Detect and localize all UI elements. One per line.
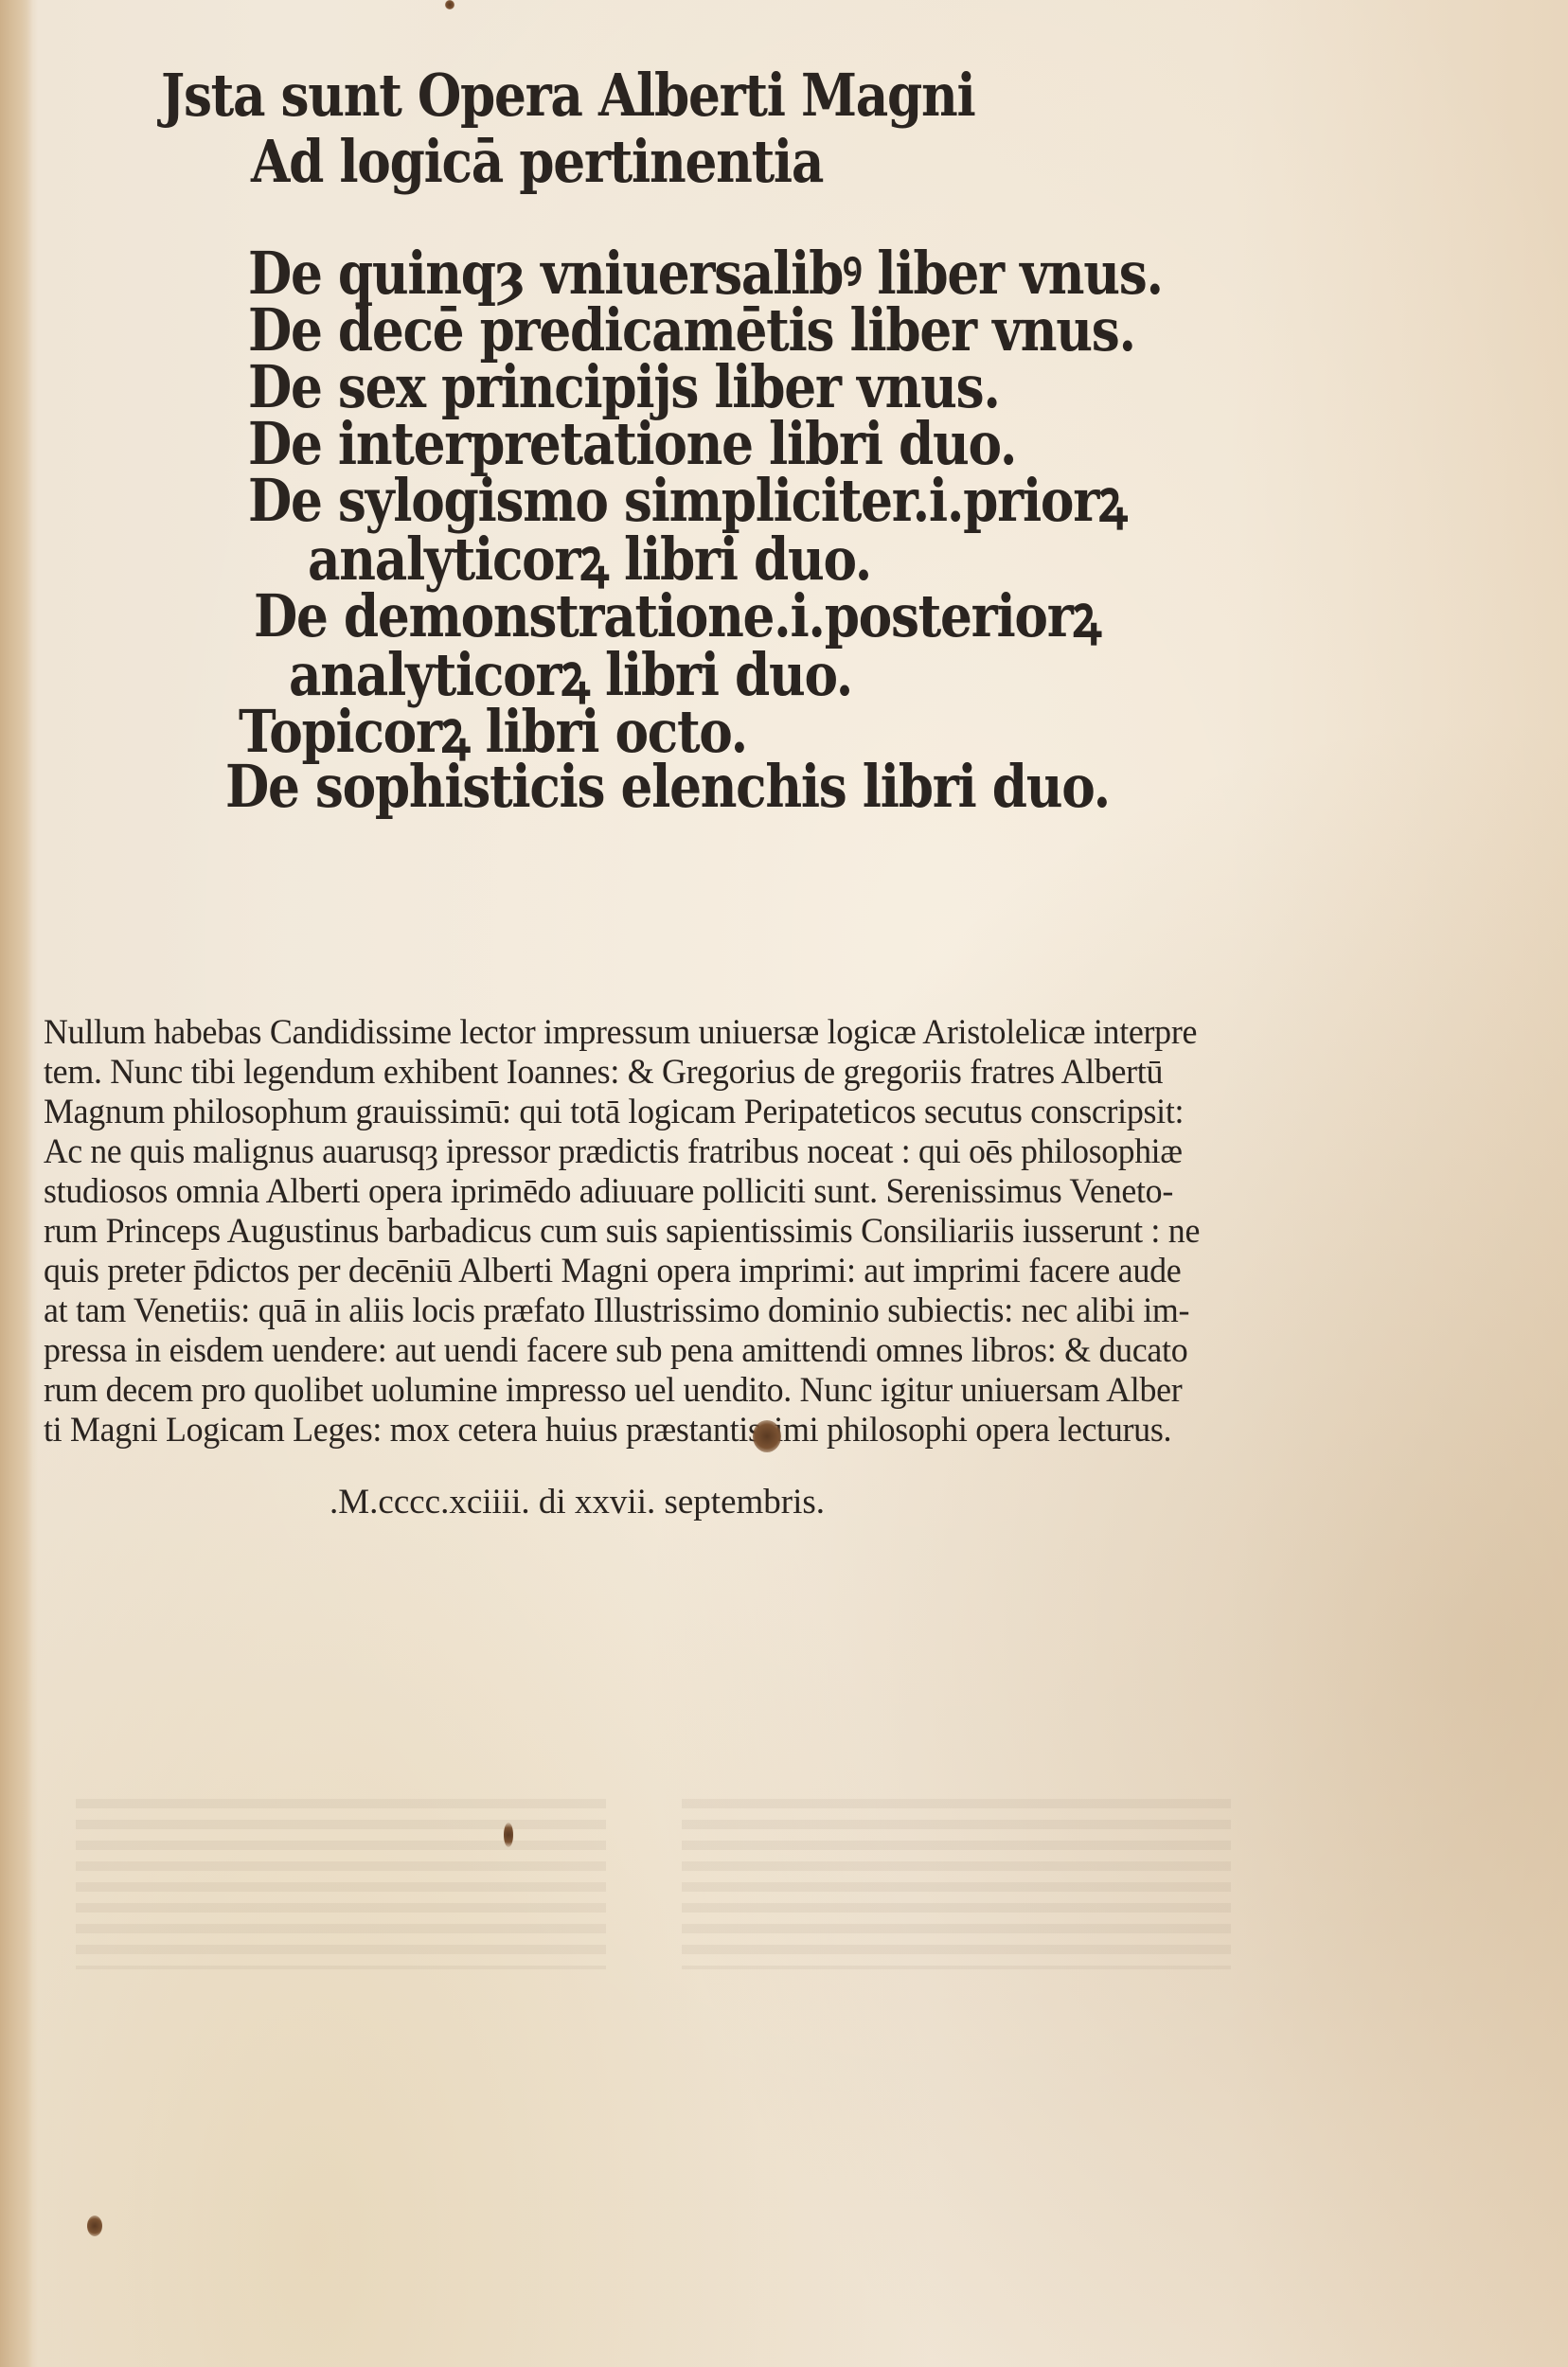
paragraph-line: Ac ne quis malignus auarusqȝ ipressor pr… — [44, 1134, 1183, 1169]
paragraph-line: pressa in eisdem uendere: aut uendi face… — [44, 1333, 1187, 1368]
contents-item: De quinqȝ vniuersalibꝰ liber vnus. — [248, 244, 1163, 303]
paragraph-line: Nullum habebas Candidissime lector impre… — [44, 1015, 1197, 1050]
contents-item: De interpretatione libri duo. — [248, 415, 1016, 473]
contents-item: De sylogismo simpliciter.i.priorꝝ — [248, 472, 1127, 530]
paragraph-line: ti Magni Logicam Leges: mox cetera huius… — [44, 1413, 1171, 1448]
contents-item: De sophisticis elenchis libri duo. — [225, 757, 1110, 816]
paragraph-line: rum decem pro quolibet uolumine impresso… — [44, 1373, 1182, 1408]
ink-stain — [753, 1420, 781, 1452]
paragraph-line: tem. Nunc tibi legendum exhibent Ioannes… — [44, 1055, 1163, 1090]
contents-item: De decē predicamētis liber vnus. — [248, 301, 1135, 360]
title-line-2: Ad logicā pertinentia — [251, 133, 823, 191]
contents-item: analyticorꝝ libri duo. — [308, 530, 871, 589]
paragraph-line: Magnum philosophum grauissimū: qui totā … — [44, 1095, 1184, 1130]
contents-item: De demonstratione.i.posteriorꝝ — [254, 587, 1100, 646]
contents-item: analyticorꝝ libri duo. — [289, 646, 852, 704]
title-line-1: Jsta sunt Opera Alberti Magni — [161, 66, 974, 125]
paragraph-line: quis preter p̄dictos per decēniū Alberti… — [44, 1254, 1181, 1289]
binding-gutter — [0, 0, 32, 2367]
paragraph-line: studiosos omnia Alberti opera iprimēdo a… — [44, 1174, 1173, 1209]
paragraph-line: rum Princeps Augustinus barbadicus cum s… — [44, 1214, 1200, 1249]
show-through-block-right — [682, 1799, 1231, 1969]
contents-item: De sex principijs liber vnus. — [248, 358, 1000, 417]
foxing-spot — [445, 0, 454, 9]
show-through-block-left — [76, 1799, 606, 1969]
page-scan: Jsta sunt Opera Alberti Magni Ad logicā … — [0, 0, 1568, 2367]
paragraph-line: at tam Venetiis: quā in aliis locis præf… — [44, 1293, 1189, 1328]
colophon-date: .M.cccc.xciiii. di xxvii. septembris. — [330, 1485, 825, 1520]
foxing-spot — [504, 1823, 513, 1847]
foxing-spot — [87, 2216, 102, 2236]
